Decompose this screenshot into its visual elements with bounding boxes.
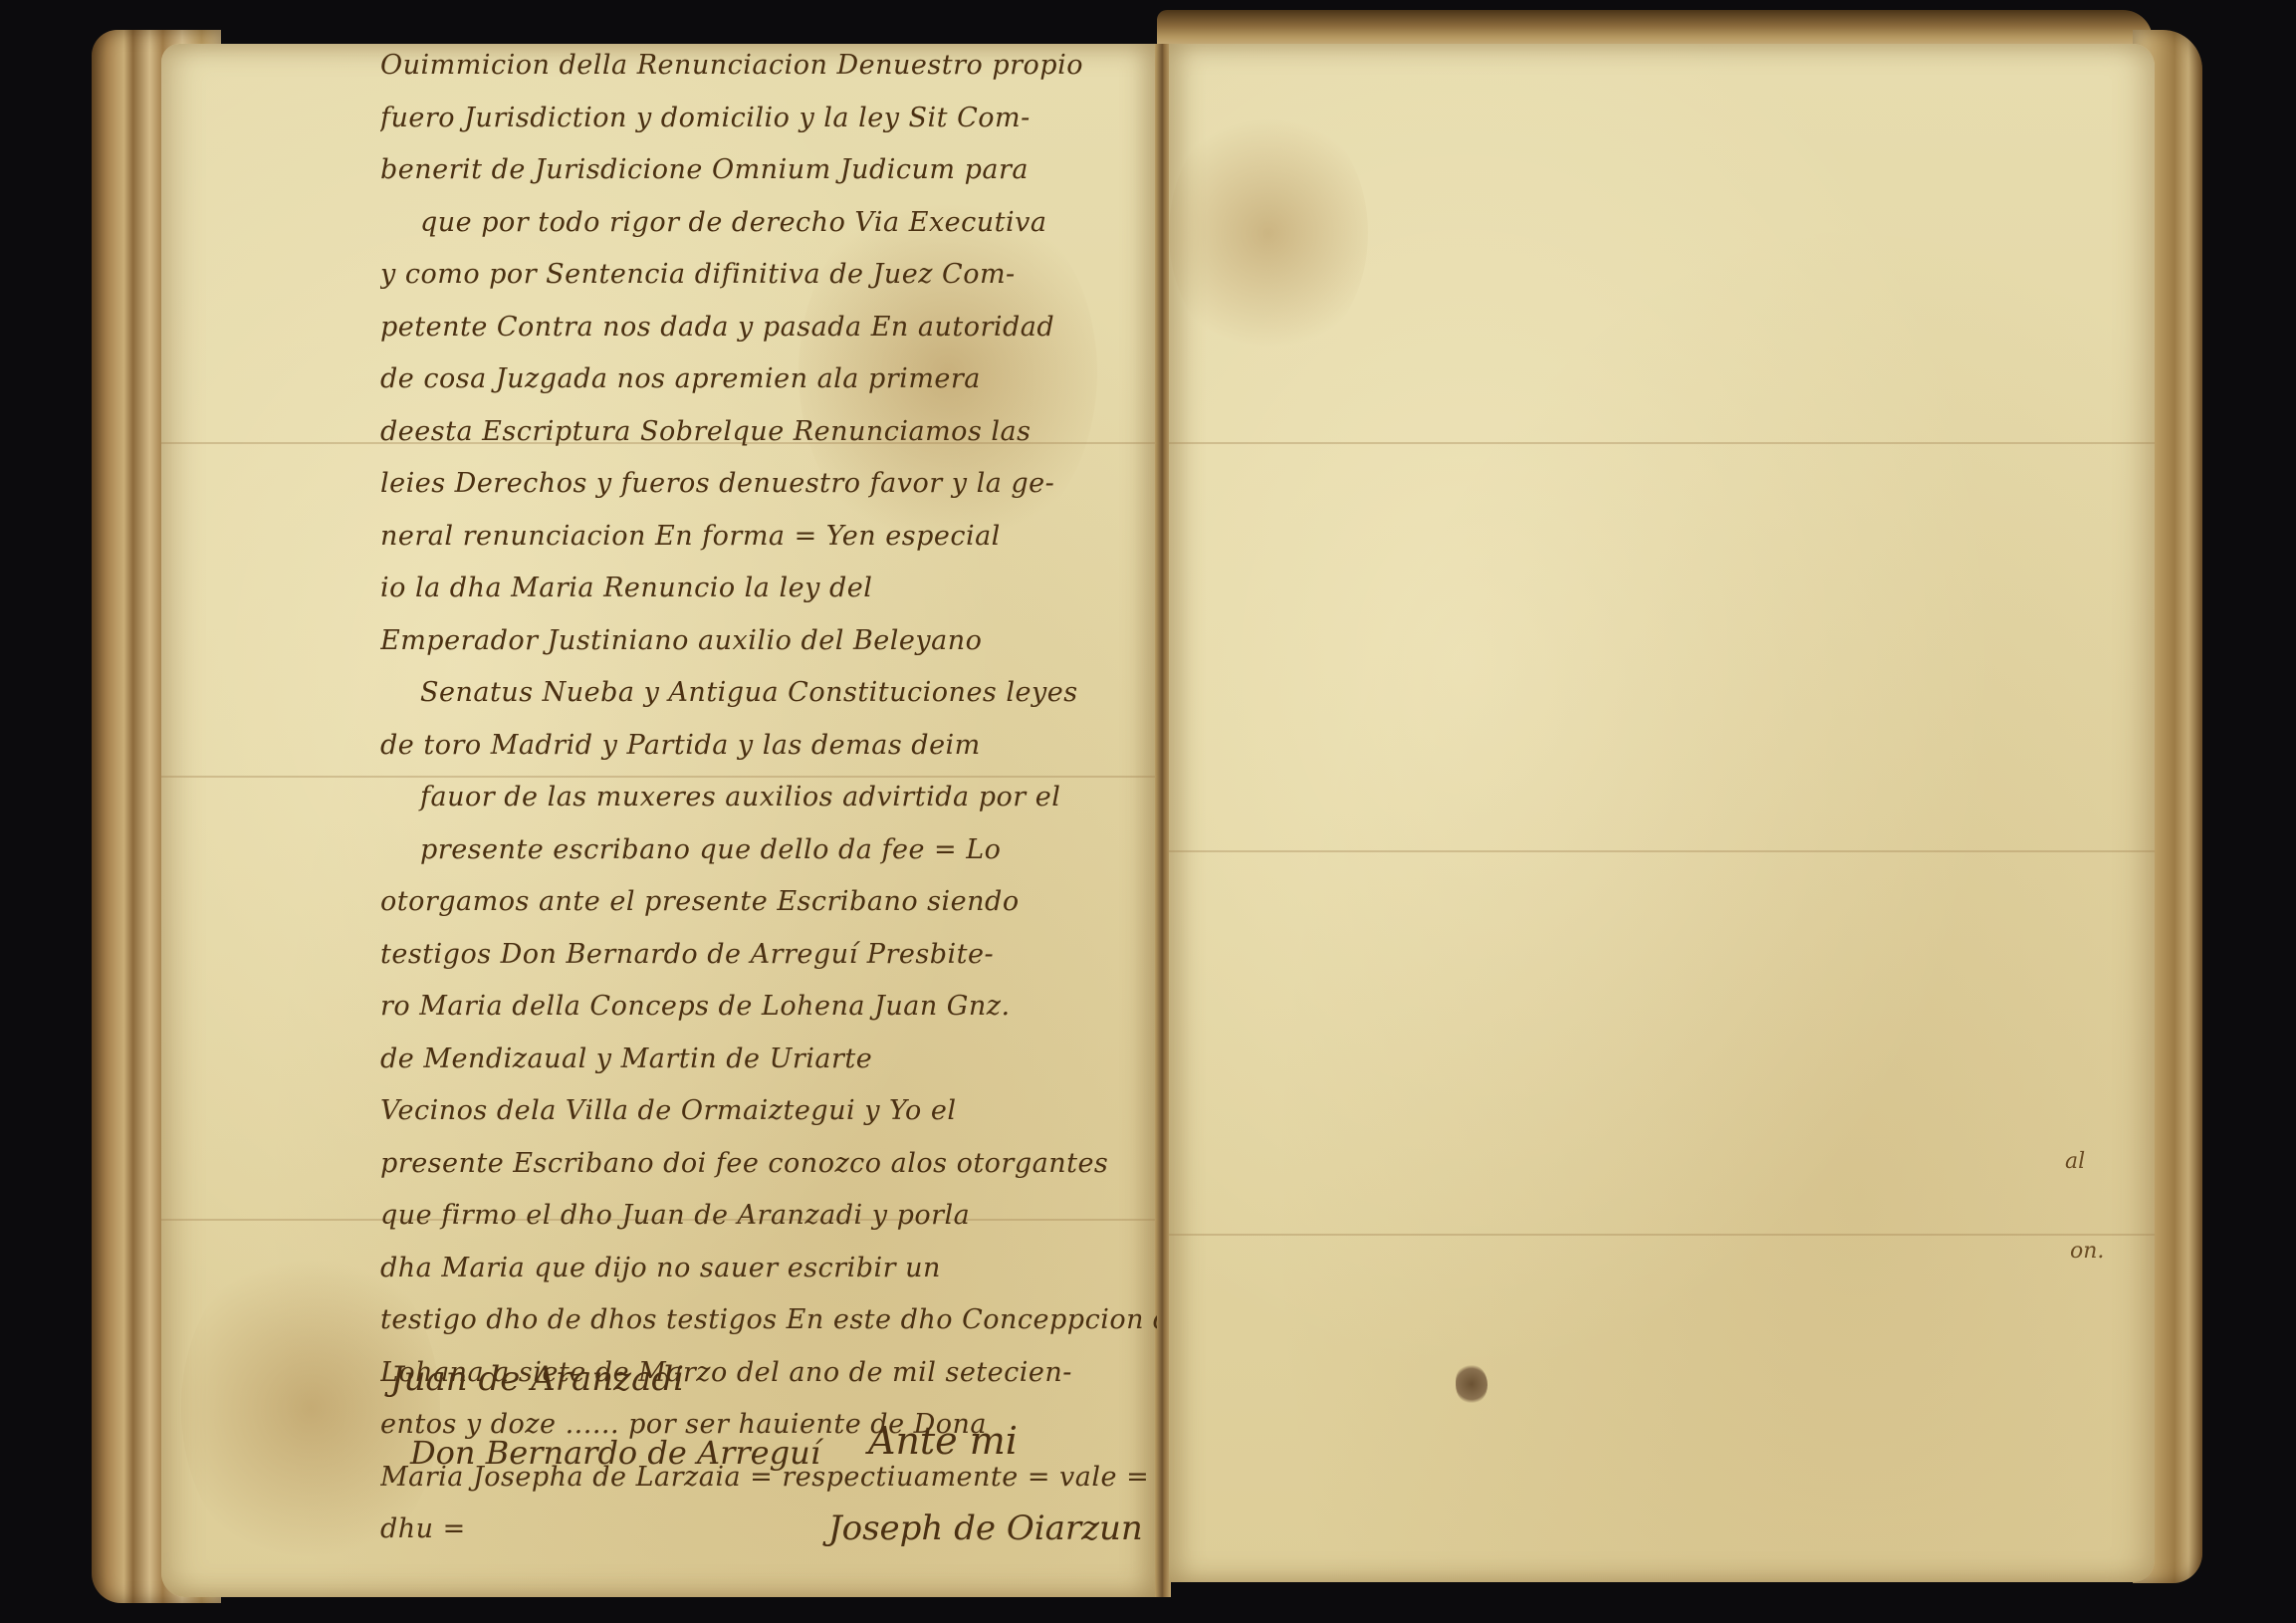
text-line: y como por Sentencia difinitiva de Juez … [380,249,1157,302]
text-line: de cosa Juzgada nos apremien ala primera [380,353,1157,406]
text-line: leies Derechos y fueros denuestro favor … [380,458,1157,511]
text-line: que firmo el dho Juan de Aranzadi y porl… [380,1190,1157,1243]
text-line: neral renunciacion En forma = Yen especi… [380,511,1157,564]
manuscript-text: Ouimmicion della Renunciacion Denuestro … [380,40,1157,1556]
text-line: benerit de Jurisdicione Omnium Judicum p… [380,144,1157,197]
text-line: presente escribano que dello da fee = Lo [380,824,1157,877]
manuscript-book: al on. Ouimmicion della Renunciacion Den… [92,10,2202,1613]
margin-fragment: al [2065,1149,2085,1174]
text-line: de Mendizaual y Martin de Uriarte [380,1034,1157,1086]
margin-fragment: on. [2070,1239,2104,1264]
signature-joseph-de-oiarzun: Joseph de Oiarzun [828,1508,1143,1548]
text-line: que por todo rigor de derecho Via Execut… [380,197,1157,250]
text-line: testigos Don Bernardo de Arreguí Presbit… [380,929,1157,982]
right-page: al on. [1169,44,2155,1582]
signature-bernardo-de-arregui: Don Bernardo de Arreguí [410,1434,820,1472]
text-line: deesta Escriptura Sobrelque Renunciamos … [380,406,1157,459]
signature-block: Juan de Aranzadi Don Bernardo de Arreguí… [390,1359,1187,1588]
text-line: fauor de las muxeres auxilios advirtida … [380,772,1157,824]
text-line: de toro Madrid y Partida y las demas dei… [380,720,1157,773]
ink-blot [1456,1364,1488,1404]
text-line: presente Escribano doi fee conozco alos … [380,1138,1157,1191]
text-line: Emperador Justiniano auxilio del Beleyan… [380,615,1157,668]
fold-crease [1169,1234,2155,1236]
text-line-with-strikethrough: ro Maria della Conceps de Lohena Juan Gn… [380,981,1157,1034]
text-line: Ouimmicion della Renunciacion Denuestro … [380,40,1157,93]
text-line: io la dha Maria Renuncio la ley del [380,563,1157,615]
text-line: fuero Jurisdiction y domicilio y la ley … [380,93,1157,145]
text-line: Senatus Nueba y Antigua Constituciones l… [380,667,1157,720]
signature-ante-mi: Ante mi [868,1419,1018,1463]
text-line: testigo dho de dhos testigos En este dho… [380,1294,1157,1347]
water-stain [1169,104,1368,362]
text-line: petente Contra nos dada y pasada En auto… [380,302,1157,354]
fold-crease [1169,850,2155,852]
text-line: Vecinos dela Villa de Ormaiztegui y Yo e… [380,1085,1157,1138]
signature-juan-de-aranzadi: Juan de Aranzadi [390,1359,684,1399]
text-line: otorgamos ante el presente Escribano sie… [380,876,1157,929]
text-line: dha Maria que dijo no sauer escribir un [380,1243,1157,1295]
fold-crease [1169,442,2155,444]
